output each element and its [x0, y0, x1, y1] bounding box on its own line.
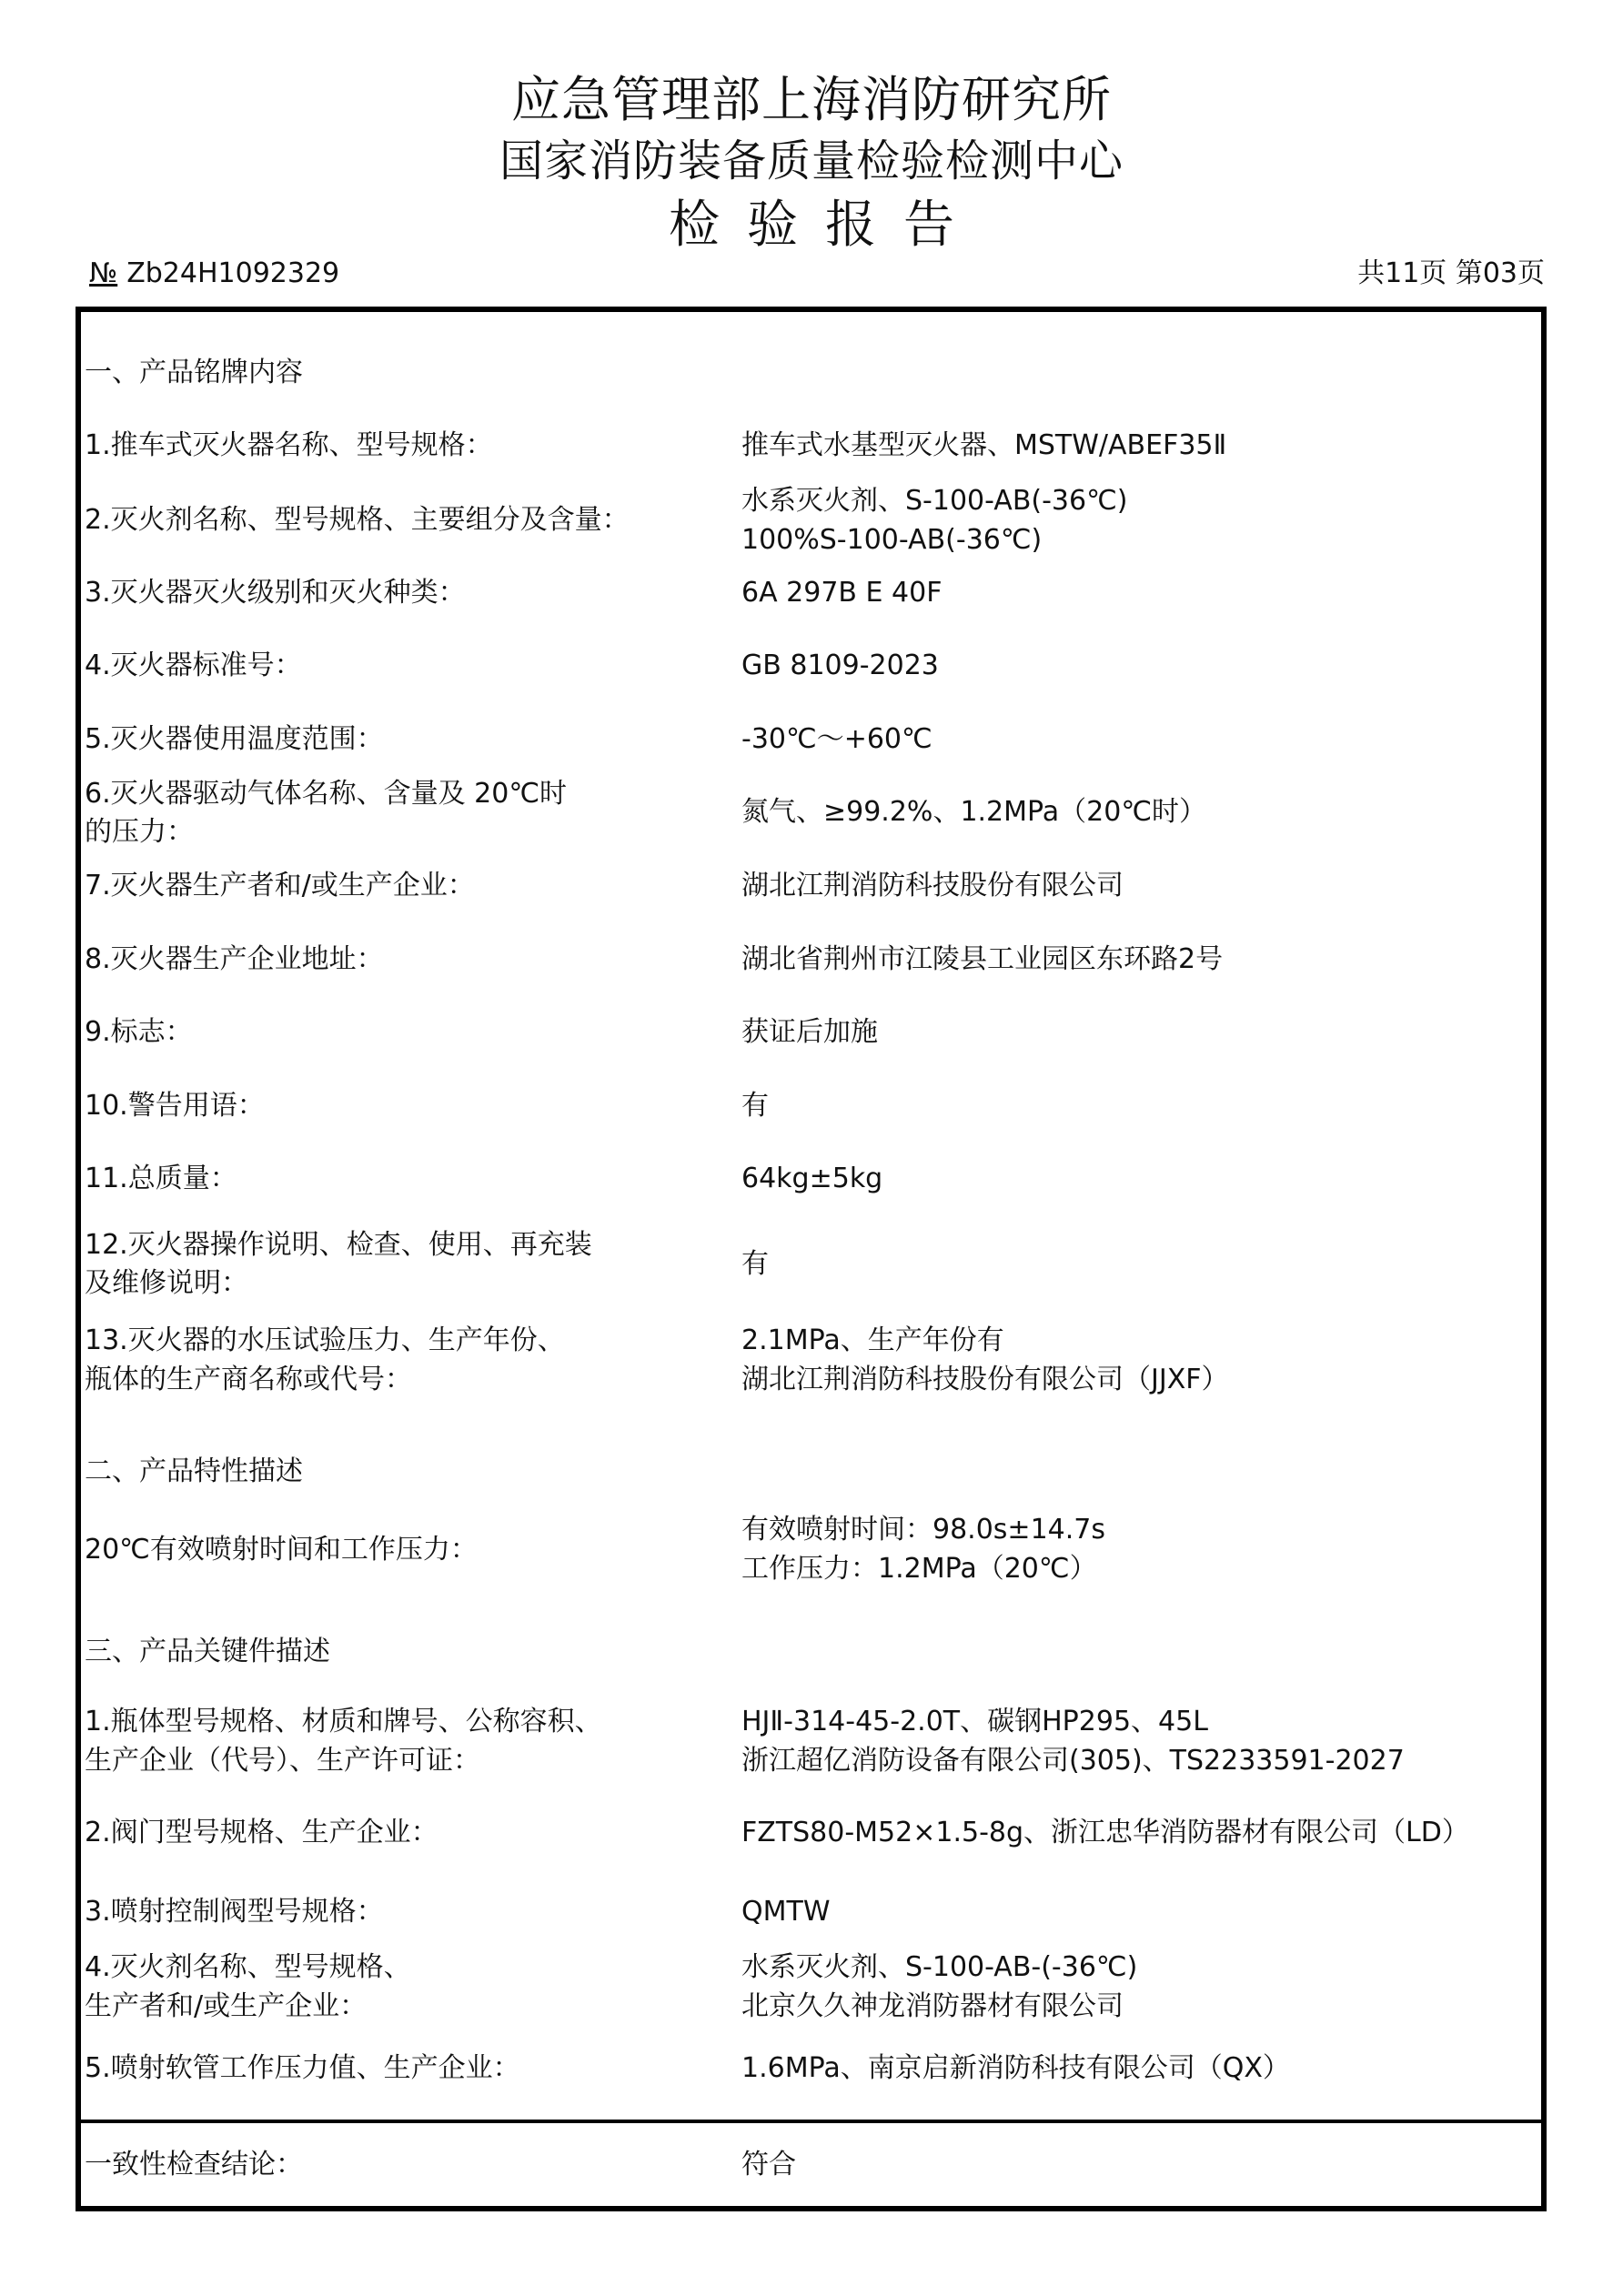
- row-label: 3.灭火器灭火级别和灭火种类：: [85, 574, 466, 612]
- conclusion-divider: [76, 2120, 1547, 2123]
- row-label: 的压力：: [85, 813, 194, 851]
- section-heading-key-components: 三、产品关键件描述: [85, 1633, 330, 1671]
- row-value: 获证后加施: [741, 1013, 878, 1052]
- row-label: 瓶体的生产商名称或代号：: [85, 1361, 412, 1399]
- row-label: 生产者和/或生产企业：: [85, 1988, 367, 2026]
- row-label: 1.推车式灭火器名称、型号规格：: [85, 427, 493, 465]
- row-value: 有: [741, 1087, 769, 1125]
- conclusion-value: 符合: [741, 2146, 796, 2184]
- row-label: 及维修说明：: [85, 1264, 248, 1303]
- row-label: 5.灭火器使用温度范围：: [85, 720, 384, 759]
- section-heading-characteristics: 二、产品特性描述: [85, 1453, 303, 1491]
- row-value: 水系灭火剂、S-100-AB-(-36℃): [741, 1949, 1137, 1987]
- row-value: HJⅡ-314-45-2.0T、碳钢HP295、45L: [741, 1703, 1208, 1741]
- row-label: 2.阀门型号规格、生产企业：: [85, 1814, 439, 1852]
- row-value: 氮气、≥99.2%、1.2MPa（20℃时）: [741, 793, 1206, 831]
- row-label: 10.警告用语：: [85, 1087, 265, 1125]
- row-label: 5.喷射软管工作压力值、生产企业：: [85, 2049, 520, 2088]
- row-value: 6A 297B E 40F: [741, 574, 942, 612]
- row-value: 北京久久神龙消防器材有限公司: [741, 1988, 1124, 2026]
- row-label: 4.灭火剂名称、型号规格、: [85, 1949, 411, 1987]
- document-number-value: Zb24H1092329: [126, 257, 339, 289]
- row-value: 1.6MPa、南京启新消防科技有限公司（QX）: [741, 2049, 1290, 2088]
- row-value: -30℃～+60℃: [741, 720, 932, 759]
- row-value: QMTW: [741, 1893, 831, 1931]
- organization-title: 应急管理部上海消防研究所: [0, 71, 1623, 129]
- row-value: 有效喷射时间：98.0s±14.7s: [741, 1511, 1105, 1549]
- row-label: 12.灭火器操作说明、检查、使用、再充装: [85, 1226, 592, 1264]
- document-number: №Zb24H1092329: [89, 257, 339, 290]
- row-value: 推车式水基型灭火器、MSTW/ABEF35Ⅱ: [741, 427, 1226, 465]
- number-symbol: №: [89, 257, 117, 289]
- row-label: 11.总质量：: [85, 1160, 237, 1198]
- row-value: 2.1MPa、生产年份有: [741, 1322, 1004, 1360]
- row-value: 湖北江荆消防科技股份有限公司: [741, 867, 1124, 905]
- row-value: 湖北省荆州市江陵县工业园区东环路2号: [741, 941, 1223, 979]
- conclusion-label: 一致性检查结论：: [85, 2146, 303, 2184]
- row-value: GB 8109-2023: [741, 647, 939, 685]
- row-value: 64kg±5kg: [741, 1160, 882, 1198]
- row-label: 生产企业（代号）、生产许可证：: [85, 1742, 480, 1780]
- document-type-title: 检验报告: [0, 196, 1623, 256]
- row-label: 6.灭火器驱动气体名称、含量及 20℃时: [85, 775, 567, 813]
- row-label: 7.灭火器生产者和/或生产企业：: [85, 867, 475, 905]
- row-label: 2.灭火剂名称、型号规格、主要组分及含量：: [85, 501, 630, 539]
- row-value: 100%S-100-AB(-36℃): [741, 521, 1042, 559]
- section-heading-nameplate: 一、产品铭牌内容: [85, 354, 303, 392]
- row-value: FZTS80-M52×1.5-8g、浙江忠华消防器材有限公司（LD）: [741, 1814, 1469, 1852]
- row-value: 工作压力：1.2MPa（20℃）: [741, 1550, 1097, 1588]
- row-value: 浙江超亿消防设备有限公司(305)、TS2233591-2027: [741, 1742, 1405, 1780]
- row-label: 4.灭火器标准号：: [85, 647, 302, 685]
- row-label: 1.瓶体型号规格、材质和牌号、公称容积、: [85, 1703, 602, 1741]
- row-label: 8.灭火器生产企业地址：: [85, 941, 384, 979]
- page-info: 共11页 第03页: [1357, 257, 1545, 290]
- center-title: 国家消防装备质量检验检测中心: [0, 135, 1623, 187]
- row-value: 湖北江荆消防科技股份有限公司（JJXF）: [741, 1361, 1229, 1399]
- row-label: 13.灭火器的水压试验压力、生产年份、: [85, 1322, 565, 1360]
- row-label: 20℃有效喷射时间和工作压力：: [85, 1531, 478, 1569]
- row-value: 有: [741, 1245, 769, 1284]
- row-label: 3.喷射控制阀型号规格：: [85, 1893, 384, 1931]
- row-value: 水系灭火剂、S-100-AB(-36℃): [741, 482, 1128, 520]
- row-label: 9.标志：: [85, 1013, 193, 1052]
